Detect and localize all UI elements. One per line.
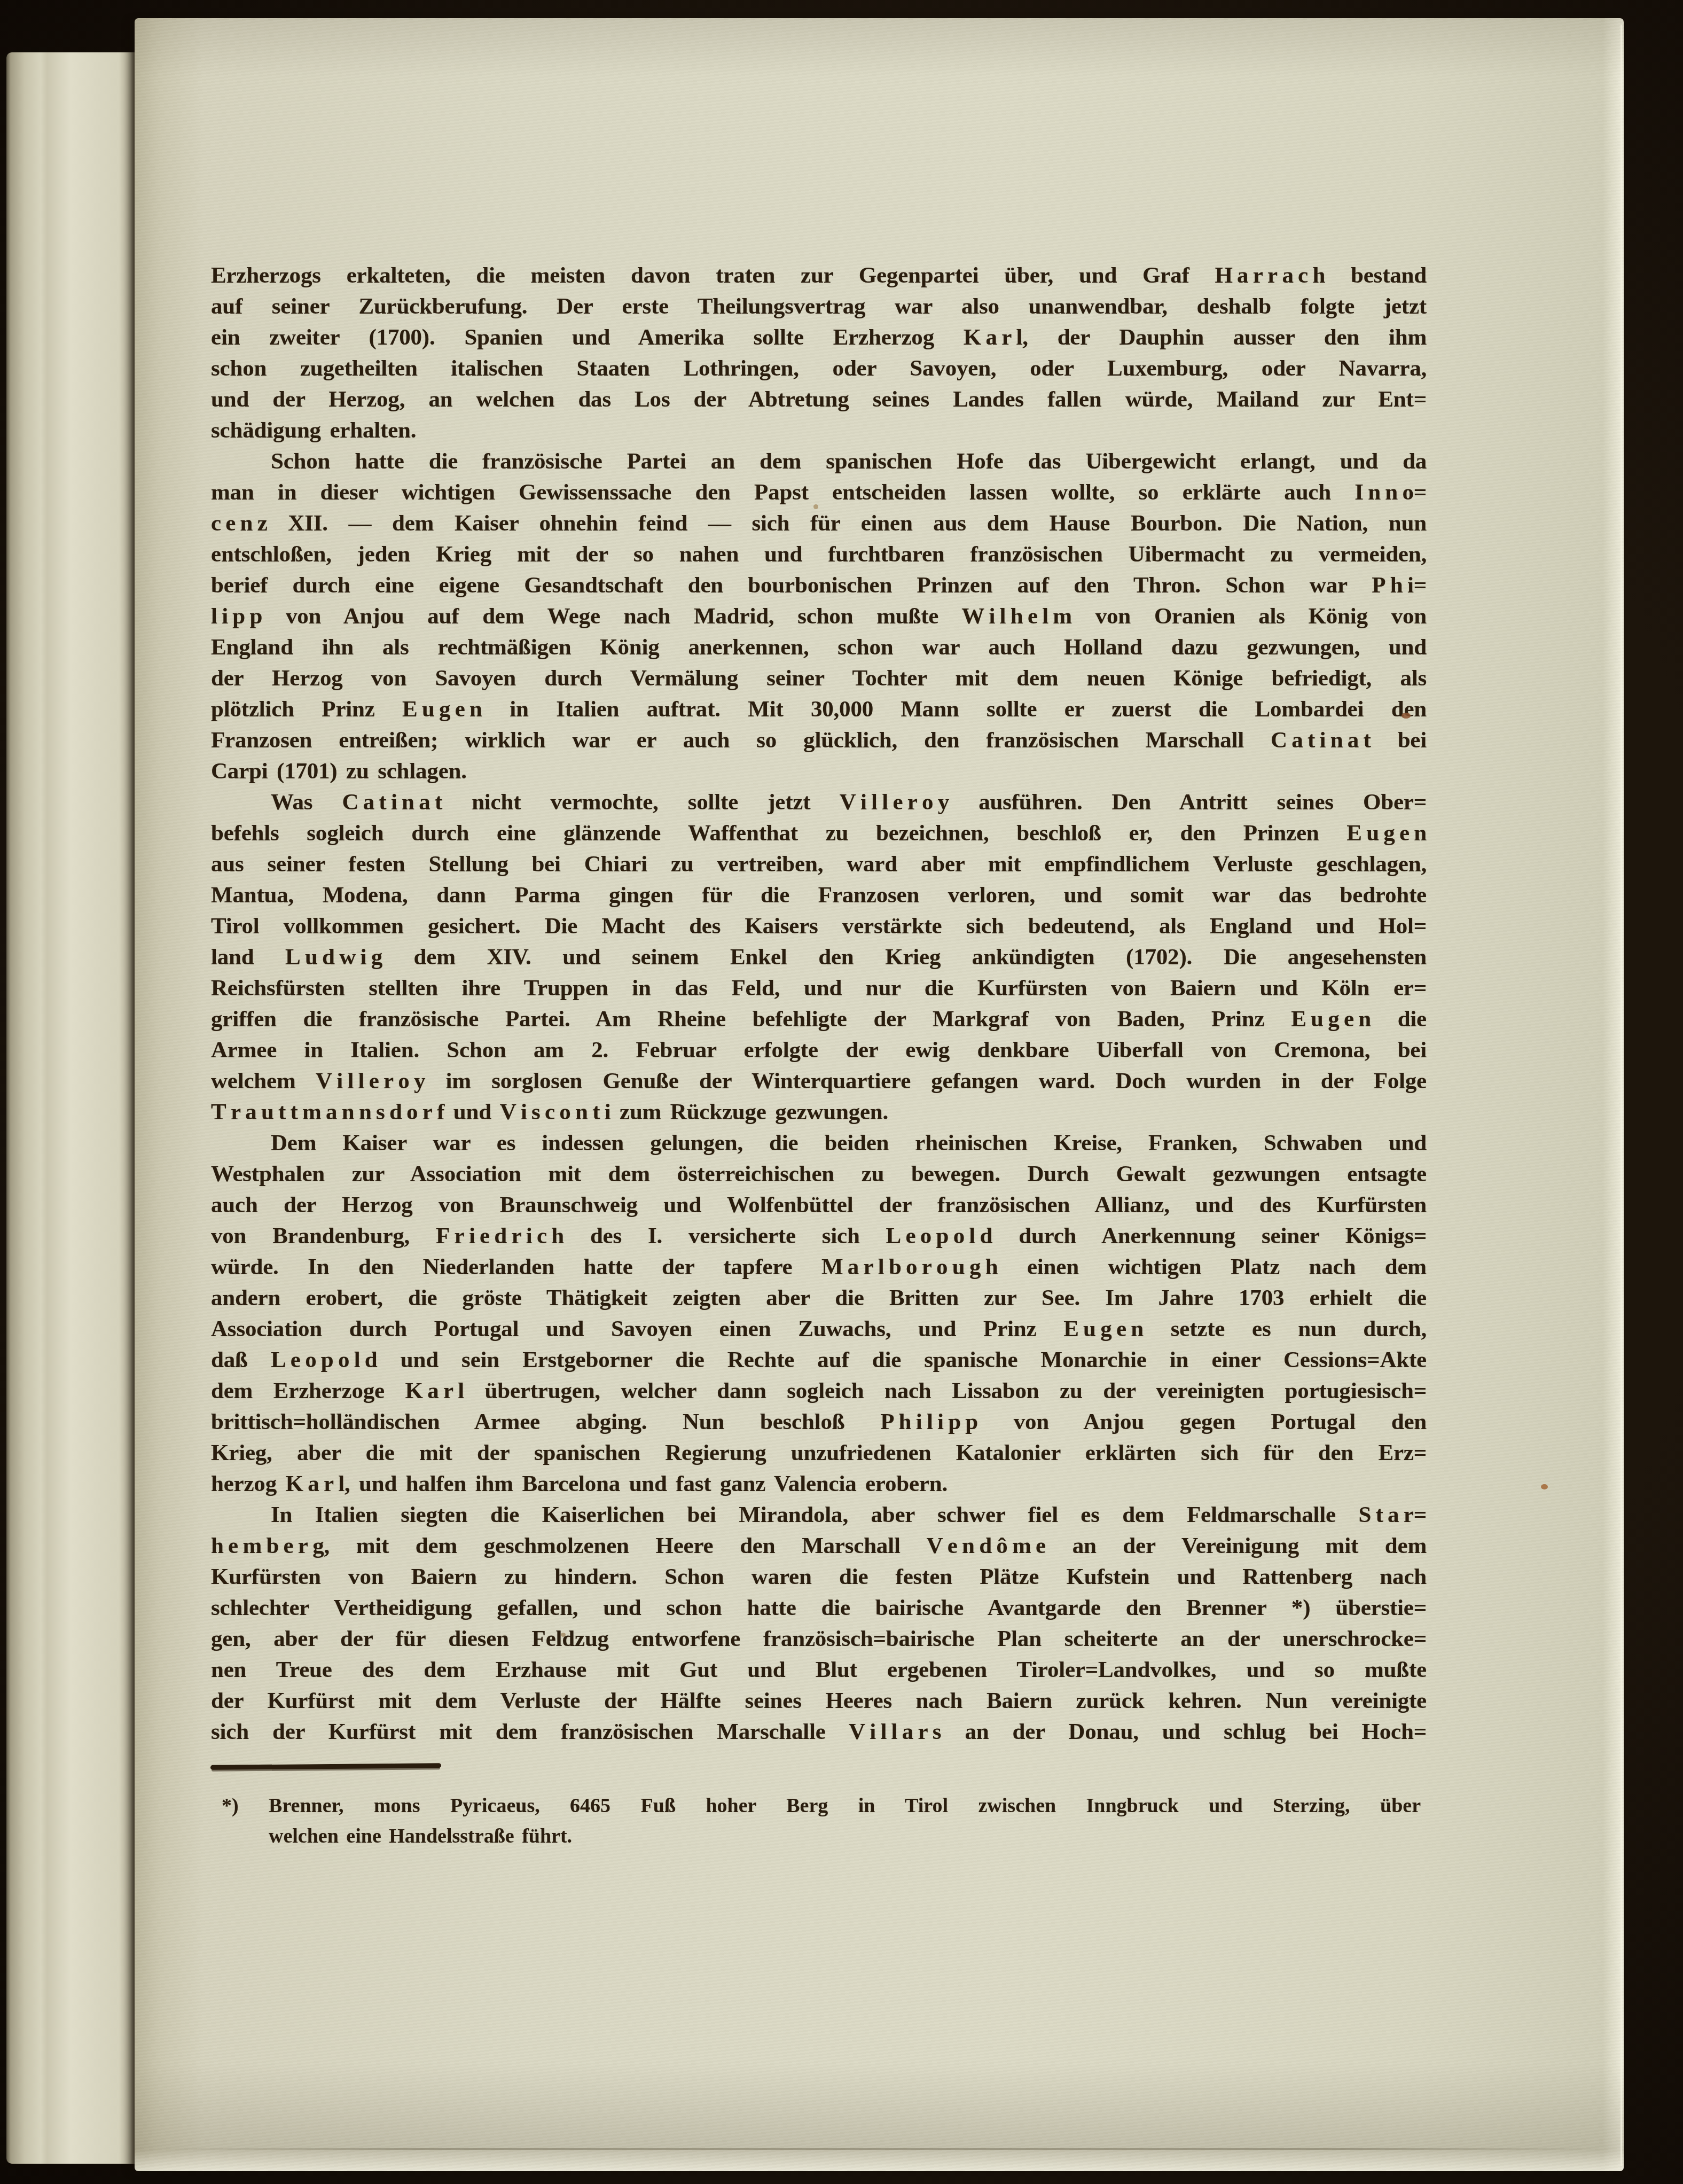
text-line: Franzosen entreißen; wirklich war er auc… bbox=[211, 725, 1427, 756]
text-line: land L u d w i g dem XIV. und seinem Enk… bbox=[211, 942, 1427, 973]
text-line: Mantua, Modena, dann Parma gingen für di… bbox=[211, 880, 1427, 911]
paper-stain bbox=[1541, 1484, 1548, 1489]
text-line: Association durch Portugal und Savoyen e… bbox=[211, 1314, 1427, 1345]
text-line: und der Herzog, an welchen das Los der A… bbox=[211, 384, 1427, 415]
footnote-line: welchen eine Handelsstraße führt. bbox=[222, 1821, 1421, 1852]
text-line: Armee in Italien. Schon am 2. Februar er… bbox=[211, 1035, 1427, 1066]
text-line: Erzherzogs erkalteten, die meisten davon… bbox=[211, 260, 1427, 291]
text-block: Erzherzogs erkalteten, die meisten davon… bbox=[211, 260, 1427, 1748]
text-line: auch der Herzog von Braunschweig und Wol… bbox=[211, 1190, 1427, 1221]
text-line: T r a u t t m a n n s d o r f und V i s … bbox=[211, 1097, 1427, 1128]
text-line: der Herzog von Savoyen durch Vermälung s… bbox=[211, 663, 1427, 694]
text-line: andern erobert, die gröste Thätigkeit ze… bbox=[211, 1283, 1427, 1314]
paragraph: In Italien siegten die Kaiserlichen bei … bbox=[211, 1500, 1427, 1748]
text-line: Schon hatte die französische Partei an d… bbox=[211, 446, 1427, 477]
text-line: sich der Kurfürst mit dem französischen … bbox=[211, 1717, 1427, 1748]
text-line: griffen die französische Partei. Am Rhei… bbox=[211, 1004, 1427, 1035]
footnote-line: *) Brenner, mons Pyricaeus, 6465 Fuß hoh… bbox=[222, 1791, 1421, 1821]
text-line: würde. In den Niederlanden hatte der tap… bbox=[211, 1252, 1427, 1283]
text-line: schädigung erhalten. bbox=[211, 415, 1427, 446]
book-scan: { "page": { "language_note": "German Fra… bbox=[0, 0, 1683, 2184]
paragraph: Dem Kaiser war es indessen gelungen, die… bbox=[211, 1128, 1427, 1500]
text-line: von Brandenburg, F r i e d r i c h des I… bbox=[211, 1221, 1427, 1252]
text-line: nen Treue des dem Erzhause mit Gut und B… bbox=[211, 1655, 1427, 1686]
adjacent-page-edge bbox=[6, 52, 135, 2164]
text-line: In Italien siegten die Kaiserlichen bei … bbox=[211, 1500, 1427, 1531]
text-line: welchem V i l l e r o y im sorglosen Gen… bbox=[211, 1066, 1427, 1097]
text-line: Krieg, aber die mit der spanischen Regie… bbox=[211, 1438, 1427, 1469]
text-line: schon zugetheilten italischen Staaten Lo… bbox=[211, 353, 1427, 384]
text-line: l i p p von Anjou auf dem Wege nach Madr… bbox=[211, 601, 1427, 632]
text-line: Reichsfürsten stellten ihre Truppen in d… bbox=[211, 973, 1427, 1004]
text-line: Westphalen zur Association mit dem öster… bbox=[211, 1159, 1427, 1190]
text-line: brittisch=holländischen Armee abging. Nu… bbox=[211, 1407, 1427, 1438]
text-line: schlechter Vertheidigung gefallen, und s… bbox=[211, 1593, 1427, 1624]
text-line: plötzlich Prinz E u g e n in Italien auf… bbox=[211, 694, 1427, 725]
paragraph: Erzherzogs erkalteten, die meisten davon… bbox=[211, 260, 1427, 446]
text-line: Carpi (1701) zu schlagen. bbox=[211, 756, 1427, 787]
text-line: ein zweiter (1700). Spanien und Amerika … bbox=[211, 322, 1427, 353]
text-line: c e n z XII. — dem Kaiser ohnehin feind … bbox=[211, 508, 1427, 539]
text-line: berief durch eine eigene Gesandtschaft d… bbox=[211, 570, 1427, 601]
book-page: Erzherzogs erkalteten, die meisten davon… bbox=[135, 18, 1624, 2171]
footnote-separator-rule bbox=[210, 1763, 441, 1770]
paragraph: Was C a t i n a t nicht vermochte, sollt… bbox=[211, 787, 1427, 1128]
text-line: gen, aber der für diesen Feldzug entworf… bbox=[211, 1624, 1427, 1655]
paragraph: Schon hatte die französische Partei an d… bbox=[211, 446, 1427, 787]
text-line: befehls sogleich durch eine glänzende Wa… bbox=[211, 818, 1427, 849]
text-line: daß L e o p o l d und sein Erstgeborner … bbox=[211, 1345, 1427, 1376]
footnote: *) Brenner, mons Pyricaeus, 6465 Fuß hoh… bbox=[222, 1791, 1421, 1852]
text-line: Was C a t i n a t nicht vermochte, sollt… bbox=[211, 787, 1427, 818]
text-line: auf seiner Zurückberufung. Der erste The… bbox=[211, 291, 1427, 322]
text-line: Tirol vollkommen gesichert. Die Macht de… bbox=[211, 911, 1427, 942]
text-line: herzog K a r l, und halfen ihm Barcelona… bbox=[211, 1469, 1427, 1500]
text-line: aus seiner festen Stellung bei Chiari zu… bbox=[211, 849, 1427, 880]
text-line: dem Erzherzoge K a r l übertrugen, welch… bbox=[211, 1376, 1427, 1407]
text-line: Kurfürsten von Baiern zu hindern. Schon … bbox=[211, 1562, 1427, 1593]
text-line: entschloßen, jeden Krieg mit der so nahe… bbox=[211, 539, 1427, 570]
text-line: England ihn als rechtmäßigen König anerk… bbox=[211, 632, 1427, 663]
text-line: Dem Kaiser war es indessen gelungen, die… bbox=[211, 1128, 1427, 1159]
text-line: h e m b e r g, mit dem geschmolzenen Hee… bbox=[211, 1531, 1427, 1562]
text-line: der Kurfürst mit dem Verluste der Hälfte… bbox=[211, 1686, 1427, 1717]
text-line: man in dieser wichtigen Gewissenssache d… bbox=[211, 477, 1427, 508]
